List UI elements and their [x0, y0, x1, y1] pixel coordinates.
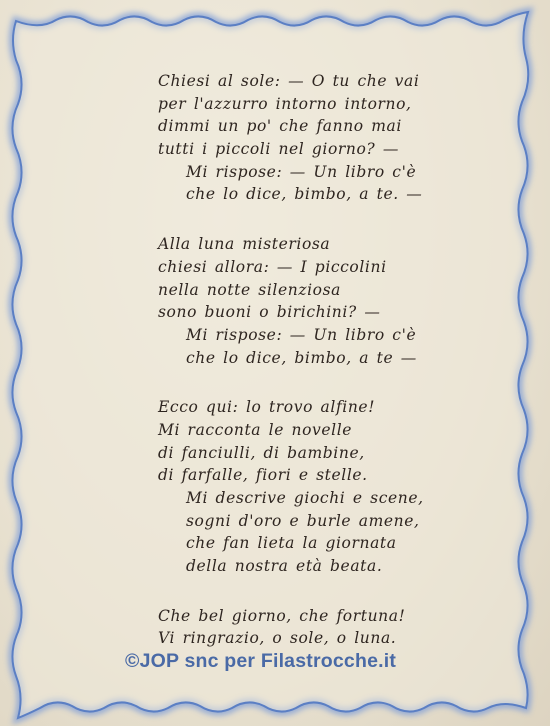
- poem-line: che lo dice, bimbo, a te —: [158, 347, 424, 370]
- poem-line: Mi racconta le novelle: [158, 419, 424, 442]
- poem-line: di farfalle, fiori e stelle.: [158, 464, 424, 487]
- poem-line: Ecco qui: lo trovo alfine!: [158, 396, 424, 419]
- poem-line: della nostra età beata.: [158, 555, 424, 578]
- poem-line: Mi rispose: — Un libro c'è: [158, 161, 424, 184]
- poem-line: di fanciulli, di bambine,: [158, 442, 424, 465]
- poem: Chiesi al sole: — O tu che vai per l'azz…: [158, 70, 424, 677]
- poem-line: Chiesi al sole: — O tu che vai: [158, 70, 424, 93]
- poem-line: sogni d'oro e burle amene,: [158, 510, 424, 533]
- stanza-1: Chiesi al sole: — O tu che vai per l'azz…: [158, 70, 424, 206]
- poem-line: Alla luna misteriosa: [158, 233, 424, 256]
- stanza-4: Che bel giorno, che fortuna! Vi ringrazi…: [158, 605, 424, 650]
- poem-line: che lo dice, bimbo, a te. —: [158, 183, 424, 206]
- stanza-2: Alla luna misteriosa chiesi allora: — I …: [158, 233, 424, 369]
- poem-line: tutti i piccoli nel giorno? —: [158, 138, 424, 161]
- poem-line: chiesi allora: — I piccolini: [158, 256, 424, 279]
- copyright-watermark: ©JOP snc per Filastrocche.it: [125, 650, 396, 673]
- poem-line: Mi rispose: — Un libro c'è: [158, 324, 424, 347]
- poem-line: Che bel giorno, che fortuna!: [158, 605, 424, 628]
- poem-line: per l'azzurro intorno intorno,: [158, 93, 424, 116]
- poem-line: che fan lieta la giornata: [158, 532, 424, 555]
- poem-line: Vi ringrazio, o sole, o luna.: [158, 627, 424, 650]
- poem-line: sono buoni o birichini? —: [158, 301, 424, 324]
- stanza-3: Ecco qui: lo trovo alfine! Mi racconta l…: [158, 396, 424, 578]
- poem-line: Mi descrive giochi e scene,: [158, 487, 424, 510]
- poem-line: nella notte silenziosa: [158, 279, 424, 302]
- poem-line: dimmi un po' che fanno mai: [158, 115, 424, 138]
